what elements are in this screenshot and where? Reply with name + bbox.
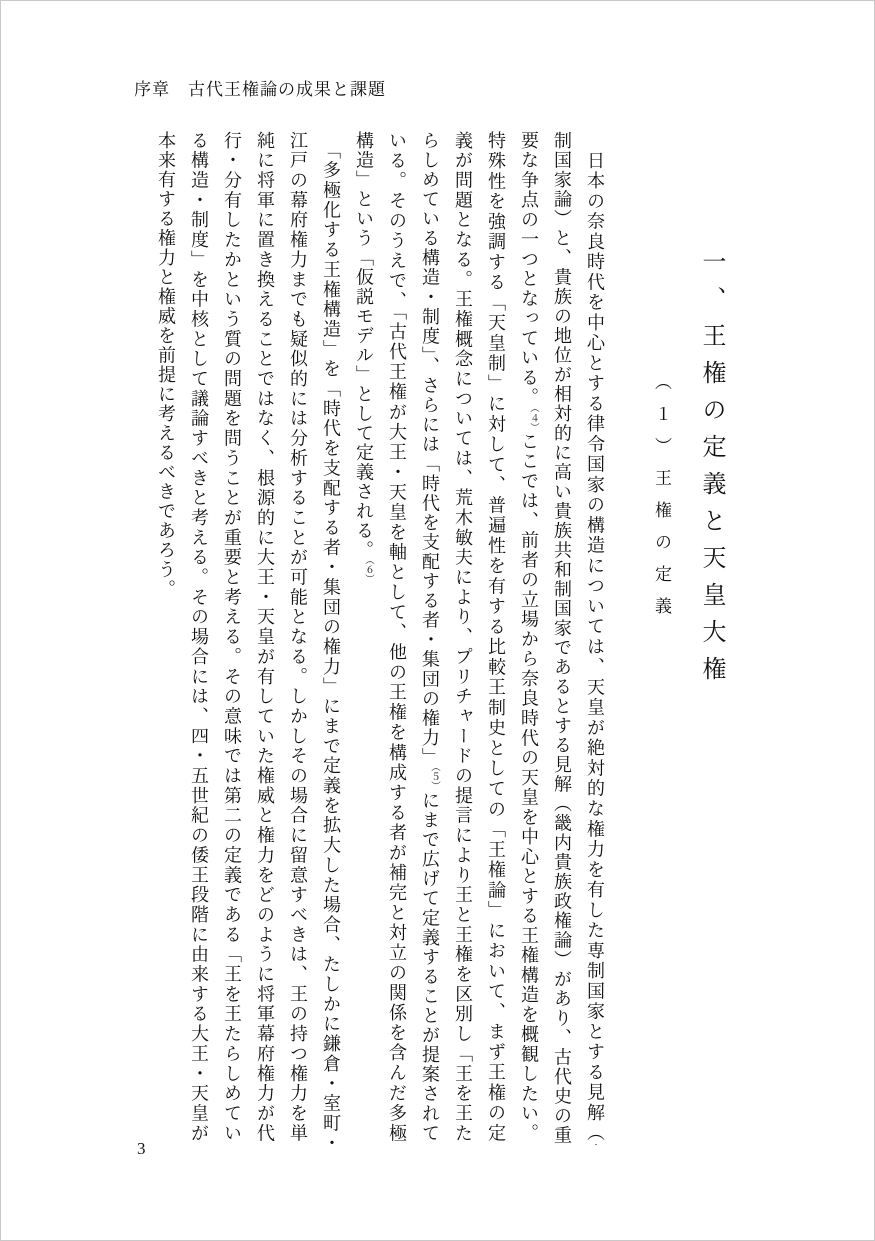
text-column: らしめている構造・制度」、さらには「時代を支配する者・集団の権力」（５）にまで広… bbox=[413, 131, 446, 1143]
text-run: ここでは、前者の立場から奈良時代の天皇を中心とする王権構造を概観したい。 bbox=[519, 432, 539, 1143]
section-title: （１）王権の定義 bbox=[647, 373, 675, 629]
running-header: 序章 古代王権論の成果と課題 bbox=[134, 75, 386, 100]
text-column: 特殊性を強調する「天皇制」に対して、普遍性を有する比較王制史としての「王権論」に… bbox=[479, 131, 512, 1143]
text-run: 要な争点の一つとなっている。 bbox=[519, 131, 539, 408]
text-run: いる。そのうえで、「古代王権が大王・天皇を軸として、他の王権を構成する者が補完と… bbox=[387, 131, 407, 1143]
text-run: 構造」という「仮説モデル」として定義される。 bbox=[354, 131, 374, 560]
text-column: 行・分有したかという質の問題を問うことが重要と考える。その意味では第二の定義であ… bbox=[215, 131, 248, 1143]
text-run: 特殊性を強調する「天皇制」に対して、普遍性を有する比較王制史としての「王権論」に… bbox=[486, 131, 506, 1143]
text-run: 日本の奈良時代を中心とする律令国家の構造については、天皇が絶対的な権力を有した専… bbox=[585, 151, 605, 1145]
body-text-block: 日本の奈良時代を中心とする律令国家の構造については、天皇が絶対的な権力を有した専… bbox=[149, 131, 611, 1145]
footnote-marker: （６） bbox=[363, 560, 373, 584]
footnote-marker: （４） bbox=[528, 408, 538, 433]
text-column: 「多極化する王権構造」を「時代を支配する者・集団の権力」にまで定義を拡大した場合… bbox=[314, 141, 347, 1145]
text-run: る構造・制度」を中核として議論すべきと考える。その場合には、四・五世紀の倭王段階… bbox=[189, 131, 209, 1143]
text-column: 制国家論）と、貴族の地位が相対的に高い貴族共和制国家であるとする見解（畿内貴族政… bbox=[545, 131, 578, 1143]
text-column: 本来有する権力と権威を前提に考えるべきであろう。 bbox=[149, 131, 182, 1143]
text-column: 日本の奈良時代を中心とする律令国家の構造については、天皇が絶対的な権力を有した専… bbox=[578, 151, 611, 1145]
text-run: らしめている構造・制度」、さらには「時代を支配する者・集団の権力」 bbox=[420, 131, 440, 767]
text-run: 義が問題となる。王権概念については、荒木敏夫により、プリチャードの提言により王と… bbox=[453, 131, 473, 1143]
text-column: 義が問題となる。王権概念については、荒木敏夫により、プリチャードの提言により王と… bbox=[446, 131, 479, 1143]
book-page: 序章 古代王権論の成果と課題 一、王権の定義と天皇大権 （１）王権の定義 日本の… bbox=[0, 0, 875, 1241]
chapter-title: 一、王権の定義と天皇大権 bbox=[691, 249, 731, 693]
footnote-marker: （５） bbox=[429, 767, 439, 791]
text-run: 本来有する権力と権威を前提に考えるべきであろう。 bbox=[156, 131, 176, 599]
text-column: 要な争点の一つとなっている。（４）ここでは、前者の立場から奈良時代の天皇を中心と… bbox=[512, 131, 545, 1143]
page-number: 3 bbox=[137, 1139, 146, 1159]
text-column: 純に将軍に置き換えることではなく、根源的に大王・天皇が有していた権威と権力をどの… bbox=[248, 131, 281, 1143]
text-column: る構造・制度」を中核として議論すべきと考える。その場合には、四・五世紀の倭王段階… bbox=[182, 131, 215, 1143]
text-run: 江戸の幕府権力までも疑似的には分析することが可能となる。しかしその場合に留意すべ… bbox=[288, 131, 308, 1143]
text-run: にまで広げて定義することが提案されて bbox=[420, 791, 440, 1143]
text-column: 江戸の幕府権力までも疑似的には分析することが可能となる。しかしその場合に留意すべ… bbox=[281, 131, 314, 1143]
text-run: 「多極化する王権構造」を「時代を支配する者・集団の権力」にまで定義を拡大した場合… bbox=[321, 141, 341, 1145]
text-run: 行・分有したかという質の問題を問うことが重要と考える。その意味では第二の定義であ… bbox=[222, 131, 242, 1143]
text-column: 構造」という「仮説モデル」として定義される。（６） bbox=[347, 131, 380, 1143]
text-column: いる。そのうえで、「古代王権が大王・天皇を軸として、他の王権を構成する者が補完と… bbox=[380, 131, 413, 1143]
text-run: 制国家論）と、貴族の地位が相対的に高い貴族共和制国家であるとする見解（畿内貴族政… bbox=[552, 131, 572, 1145]
text-run: 純に将軍に置き換えることではなく、根源的に大王・天皇が有していた権威と権力をどの… bbox=[255, 131, 275, 1143]
